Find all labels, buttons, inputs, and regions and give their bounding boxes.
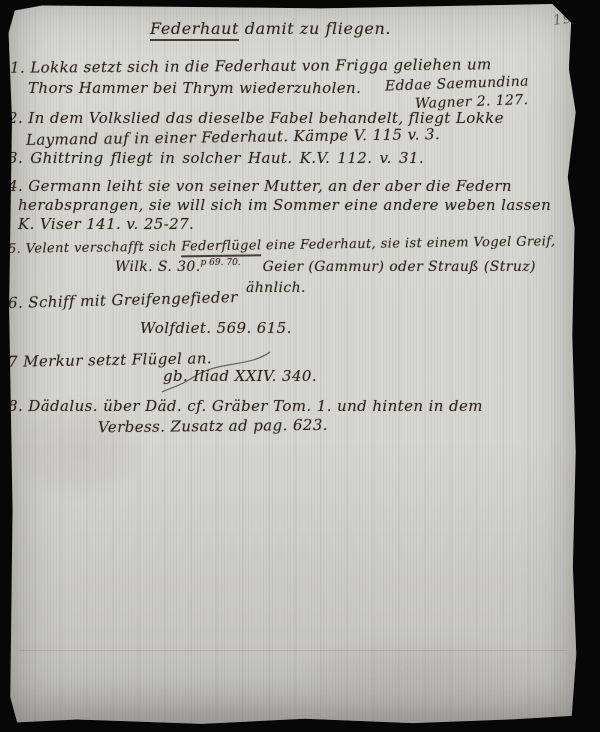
entry-5-post: eine Federhaut, sie ist einem Vogel Grei… (261, 234, 555, 253)
entry-3-line-1: 3. Ghittring fliegt in solcher Haut. K.V… (8, 150, 424, 167)
entry-6-line-1: 6. Schiff mit Greifengefieder (8, 289, 238, 312)
entry-5-line-3: ähnlich. (246, 281, 306, 296)
entry-1-line-1: 1. Lokka setzt sich in die Federhaut von… (10, 56, 492, 76)
entry-7-reference: gb. Iliad XXIV. 340. (163, 368, 317, 385)
title-rest: damit zu fliegen. (239, 19, 391, 38)
entry-8-line-2: Verbess. Zusatz ad pag. 623. (98, 417, 328, 436)
entry-4-line-1: 4. Germann leiht sie von seiner Mutter, … (8, 178, 512, 195)
entry-2-line-2: Laymand auf in einer Federhaut. Kämpe V.… (26, 126, 440, 148)
entry-5-pre: 5. Velent verschafft sich (8, 239, 182, 256)
entry-5-continuation: Geier (Gammur) oder Strauß (Struz) (263, 259, 536, 275)
manuscript-page: 199 Federhaut damit zu fliegen. 1. Lokka… (8, 4, 578, 726)
paper-fold-line (19, 650, 566, 651)
entry-4-line-2: herabsprangen, sie will sich im Sommer e… (18, 197, 551, 214)
entry-5-underlined-word: Federflügel (181, 238, 261, 257)
paper-smudge (308, 644, 528, 694)
entry-5-line-1: 5. Velent verschafft sich Federflügel ei… (8, 235, 556, 257)
entry-4-reference: K. Viser 141. v. 25-27. (18, 216, 194, 233)
page-title: Federhaut damit zu fliegen. (150, 20, 391, 38)
title-underlined-word: Federhaut (150, 19, 239, 41)
entry-8-line-1: 8. Dädalus. über Däd. cf. Gräber Tom. 1.… (8, 398, 483, 415)
entry-6-reference: Wolfdiet. 569. 615. (140, 320, 292, 337)
entry-2-line-1: 2. In dem Volkslied das dieselbe Fabel b… (8, 110, 504, 127)
page-number: 199 (552, 10, 584, 29)
entry-1-line-2: Thors Hammer bei Thrym wiederzuholen. (28, 80, 361, 97)
entry-5-reference-superscript: p 69. 70. (201, 258, 241, 268)
entry-5-reference: Wilk. S. 30. (115, 259, 201, 275)
entry-5-line-2: Wilk. S. 30.p 69. 70.Geier (Gammur) oder… (115, 259, 536, 275)
scan-background: 199 Federhaut damit zu fliegen. 1. Lokka… (0, 0, 600, 732)
